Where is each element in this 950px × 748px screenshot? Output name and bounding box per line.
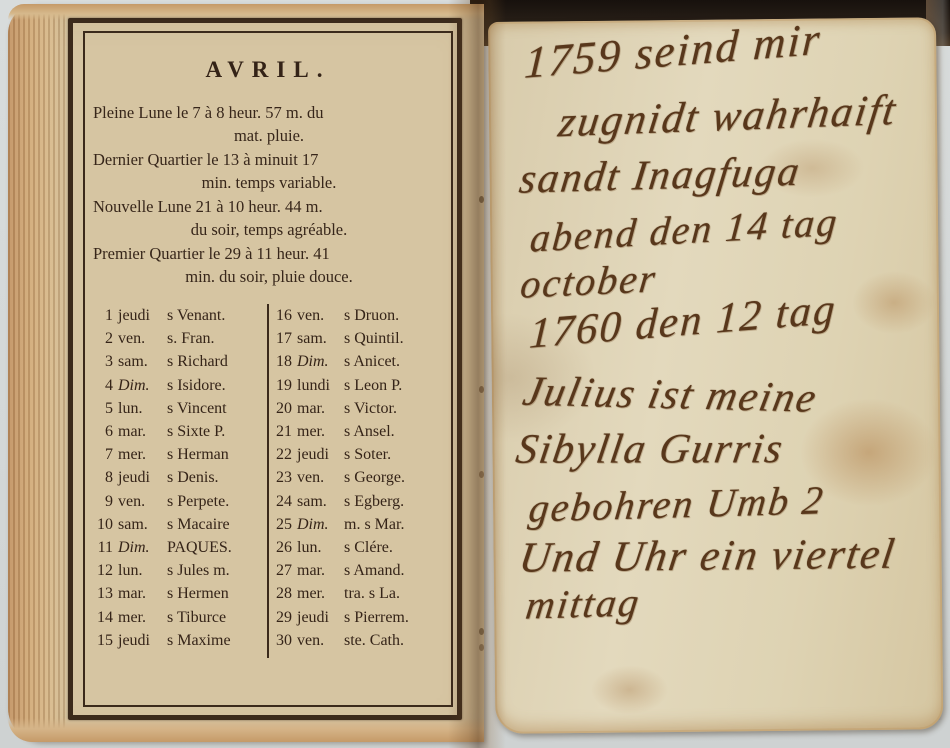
weekday-abbreviation: sam. — [292, 327, 341, 350]
handwriting-line: Und Uhr ein viertel — [516, 531, 935, 581]
day-number: 25 — [269, 513, 292, 536]
calendar-day-row: 30 ven. ste. Cath. — [269, 629, 446, 652]
weekday-abbreviation: ven. — [113, 490, 164, 513]
printed-border-inner: AVRIL. Pleine Lune le 7 à 8 heur. 57 m. … — [83, 31, 453, 707]
calendar-day-row: 2 ven. s. Fran. — [90, 327, 267, 350]
page-edge-stack-left — [8, 4, 66, 742]
moon-phase-entry: Dernier Quartier le 13 à minuit 17 min. … — [93, 148, 445, 194]
calendar-day-row: 7 mer. s Herman — [90, 443, 267, 466]
handwriting-line: gebohren Umb 2 — [527, 476, 934, 529]
weekday-abbreviation: mar. — [292, 397, 341, 420]
saint-name: m. s Mar. — [341, 513, 446, 536]
day-number: 16 — [269, 304, 292, 327]
calendar-day-row: 4 Dim. s Isidore. — [90, 374, 267, 397]
day-number: 10 — [90, 513, 113, 536]
calendar-day-row: 9 ven. s Perpete. — [90, 490, 267, 513]
saint-name: s Richard — [164, 350, 267, 373]
moon-phase-entry: Pleine Lune le 7 à 8 heur. 57 m. du mat.… — [93, 101, 445, 147]
handwriting-text: zugnidt wahrhaift — [556, 87, 900, 147]
saint-name: s Leon P. — [341, 374, 446, 397]
day-number: 21 — [269, 420, 292, 443]
day-number: 22 — [269, 443, 292, 466]
weekday-abbreviation: mer. — [113, 443, 164, 466]
weekday-abbreviation: mar. — [292, 559, 341, 582]
handwriting-text: october — [518, 256, 659, 307]
saint-name: s Isidore. — [164, 374, 267, 397]
calendar-day-row: 25 Dim. m. s Mar. — [269, 513, 446, 536]
saint-name: s Maxime — [164, 629, 267, 652]
day-number: 9 — [90, 490, 113, 513]
saint-name: s George. — [341, 466, 446, 489]
day-number: 1 — [90, 304, 113, 327]
weekday-abbreviation: Dim. — [292, 350, 341, 373]
weekday-abbreviation: mer. — [292, 582, 341, 605]
weekday-abbreviation: jeudi — [292, 606, 341, 629]
calendar-day-row: 11 Dim. PAQUES. — [90, 536, 267, 559]
moon-phase-entry: Premier Quartier le 29 à 11 heur. 41 min… — [93, 242, 445, 288]
weekday-abbreviation: lun. — [113, 559, 164, 582]
calendar-day-row: 17 sam. s Quintil. — [269, 327, 446, 350]
weekday-abbreviation: ven. — [292, 629, 341, 652]
saint-name: s Perpete. — [164, 490, 267, 513]
handwriting-line: sandt Inagfuga — [517, 147, 931, 203]
moon-phase-section: Pleine Lune le 7 à 8 heur. 57 m. du mat.… — [93, 101, 445, 288]
weekday-abbreviation: sam. — [292, 490, 341, 513]
handwriting-text: mittag — [523, 579, 643, 627]
calendar-day-grid: 1 jeudi s Venant. 2 ven. s. Fran. — [90, 304, 446, 652]
saint-name: s Venant. — [164, 304, 267, 327]
weekday-abbreviation: sam. — [113, 350, 164, 373]
handwriting-line: Sibylla Gurris — [513, 427, 934, 472]
moon-phase-continuation: min. du soir, pluie douce. — [93, 265, 445, 288]
day-number: 3 — [90, 350, 113, 373]
weekday-abbreviation: lun. — [113, 397, 164, 420]
saint-name: s Druon. — [341, 304, 446, 327]
calendar-day-row: 28 mer. tra. s La. — [269, 582, 446, 605]
moon-phase-entry: Nouvelle Lune 21 à 10 heur. 44 m. du soi… — [93, 195, 445, 241]
right-page-handwritten-notes: 1759 seind mir zugnidt wahrhaift sandt I… — [488, 17, 943, 734]
moon-phase-text: Pleine Lune le 7 à 8 heur. 57 m. du — [93, 101, 445, 124]
left-page-printed-calendar: AVRIL. Pleine Lune le 7 à 8 heur. 57 m. … — [8, 4, 484, 742]
handwriting-text: Julius ist meine — [519, 368, 821, 421]
weekday-abbreviation: Dim. — [292, 513, 341, 536]
calendar-day-row: 27 mar. s Amand. — [269, 559, 446, 582]
page-edge-bottom — [8, 718, 484, 742]
day-number: 30 — [269, 629, 292, 652]
calendar-day-row: 15 jeudi s Maxime — [90, 629, 267, 652]
weekday-abbreviation: mer. — [113, 606, 164, 629]
binding-stitch-holes — [479, 0, 485, 748]
day-number: 27 — [269, 559, 292, 582]
moon-phase-text: Nouvelle Lune 21 à 10 heur. 44 m. — [93, 195, 445, 218]
calendar-day-row: 16 ven. s Druon. — [269, 304, 446, 327]
day-number: 2 — [90, 327, 113, 350]
handwriting-line: Julius ist meine — [519, 369, 934, 423]
saint-name: s Hermen — [164, 582, 267, 605]
saint-name: s Denis. — [164, 466, 267, 489]
calendar-day-row: 29 jeudi s Pierrem. — [269, 606, 446, 629]
weekday-abbreviation: ven. — [113, 327, 164, 350]
day-number: 7 — [90, 443, 113, 466]
moon-phase-continuation: min. temps variable. — [93, 171, 445, 194]
calendar-day-row: 18 Dim. s Anicet. — [269, 350, 446, 373]
handwriting-line: mittag — [523, 573, 934, 627]
moon-phase-continuation: mat. pluie. — [93, 124, 445, 147]
saint-name: s Herman — [164, 443, 267, 466]
handwriting-text: gebohren Umb 2 — [527, 477, 827, 530]
calendar-day-row: 8 jeudi s Denis. — [90, 466, 267, 489]
day-number: 8 — [90, 466, 113, 489]
weekday-abbreviation: Dim. — [113, 536, 164, 559]
saint-name: s Quintil. — [341, 327, 446, 350]
saint-name: s Amand. — [341, 559, 446, 582]
day-number: 4 — [90, 374, 113, 397]
day-number: 24 — [269, 490, 292, 513]
calendar-day-row: 6 mar. s Sixte P. — [90, 420, 267, 443]
calendar-day-row: 24 sam. s Egberg. — [269, 490, 446, 513]
saint-name: s Ansel. — [341, 420, 446, 443]
calendar-day-row: 14 mer. s Tiburce — [90, 606, 267, 629]
saint-name: s Sixte P. — [164, 420, 267, 443]
day-number: 14 — [90, 606, 113, 629]
calendar-day-row: 10 sam. s Macaire — [90, 513, 267, 536]
saint-name: PAQUES. — [164, 536, 267, 559]
day-number: 13 — [90, 582, 113, 605]
day-number: 6 — [90, 420, 113, 443]
calendar-day-row: 20 mar. s Victor. — [269, 397, 446, 420]
calendar-day-row: 19 lundi s Leon P. — [269, 374, 446, 397]
weekday-abbreviation: Dim. — [113, 374, 164, 397]
day-number: 17 — [269, 327, 292, 350]
day-number: 11 — [90, 536, 113, 559]
weekday-abbreviation: jeudi — [113, 304, 164, 327]
moon-phase-continuation: du soir, temps agréable. — [93, 218, 445, 241]
handwriting-text: Und Uhr ein viertel — [516, 531, 899, 582]
calendar-day-row: 12 lun. s Jules m. — [90, 559, 267, 582]
day-number: 28 — [269, 582, 292, 605]
handwriting-text: sandt Inagfuga — [517, 149, 804, 203]
weekday-abbreviation: ven. — [292, 466, 341, 489]
saint-name: s Macaire — [164, 513, 267, 536]
saint-name: s Victor. — [341, 397, 446, 420]
day-column-16-30: 16 ven. s Druon. 17 sam. s Quintil. — [269, 304, 446, 652]
calendar-day-row: 21 mer. s Ansel. — [269, 420, 446, 443]
day-number: 26 — [269, 536, 292, 559]
handwriting-line: zugnidt wahrhaift — [556, 87, 930, 146]
moon-phase-text: Premier Quartier le 29 à 11 heur. 41 — [93, 242, 445, 265]
handwriting-text: Sibylla Gurris — [513, 426, 787, 472]
calendar-day-row: 5 lun. s Vincent — [90, 397, 267, 420]
month-title: AVRIL. — [90, 57, 446, 83]
saint-name: s Jules m. — [164, 559, 267, 582]
day-column-1-15: 1 jeudi s Venant. 2 ven. s. Fran. — [90, 304, 267, 652]
weekday-abbreviation: sam. — [113, 513, 164, 536]
calendar-day-row: 23 ven. s George. — [269, 466, 446, 489]
weekday-abbreviation: lun. — [292, 536, 341, 559]
day-number: 15 — [90, 629, 113, 652]
calendar-day-row: 22 jeudi s Soter. — [269, 443, 446, 466]
day-number: 23 — [269, 466, 292, 489]
calendar-day-row: 1 jeudi s Venant. — [90, 304, 267, 327]
weekday-abbreviation: jeudi — [113, 466, 164, 489]
moon-phase-text: Dernier Quartier le 13 à minuit 17 — [93, 148, 445, 171]
weekday-abbreviation: lundi — [292, 374, 341, 397]
almanac-book-scan: AVRIL. Pleine Lune le 7 à 8 heur. 57 m. … — [0, 0, 950, 748]
saint-name: s Egberg. — [341, 490, 446, 513]
handwriting-block: 1759 seind mir zugnidt wahrhaift sandt I… — [512, 27, 933, 727]
saint-name: s Anicet. — [341, 350, 446, 373]
calendar-day-row: 13 mar. s Hermen — [90, 582, 267, 605]
weekday-abbreviation: jeudi — [113, 629, 164, 652]
day-number: 19 — [269, 374, 292, 397]
handwriting-text: 1759 seind mir — [523, 14, 823, 88]
day-number: 20 — [269, 397, 292, 420]
saint-name: s Tiburce — [164, 606, 267, 629]
weekday-abbreviation: ven. — [292, 304, 341, 327]
saint-name: s Vincent — [164, 397, 267, 420]
calendar-day-row: 26 lun. s Clére. — [269, 536, 446, 559]
saint-name: s Soter. — [341, 443, 446, 466]
saint-name: ste. Cath. — [341, 629, 446, 652]
saint-name: s Clére. — [341, 536, 446, 559]
saint-name: s. Fran. — [164, 327, 267, 350]
printed-border-outer: AVRIL. Pleine Lune le 7 à 8 heur. 57 m. … — [68, 18, 462, 720]
calendar-day-row: 3 sam. s Richard — [90, 350, 267, 373]
day-number: 29 — [269, 606, 292, 629]
saint-name: s Pierrem. — [341, 606, 446, 629]
day-number: 12 — [90, 559, 113, 582]
saint-name: tra. s La. — [341, 582, 446, 605]
day-number: 5 — [90, 397, 113, 420]
weekday-abbreviation: mar. — [113, 582, 164, 605]
weekday-abbreviation: mar. — [113, 420, 164, 443]
weekday-abbreviation: jeudi — [292, 443, 341, 466]
day-number: 18 — [269, 350, 292, 373]
weekday-abbreviation: mer. — [292, 420, 341, 443]
